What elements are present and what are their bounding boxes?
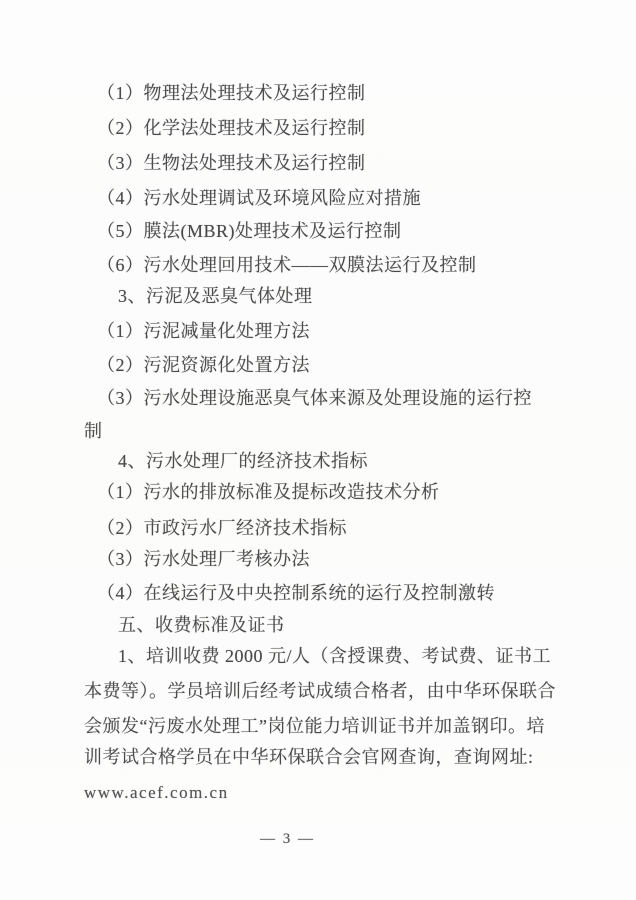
document-line: （2）污泥资源化处置方法: [97, 355, 310, 375]
document-line: （2）化学法处理技术及运行控制: [97, 118, 366, 138]
document-line: （1）污泥减量化处理方法: [97, 321, 310, 341]
document-line: （3）污水处理厂考核办法: [97, 549, 310, 569]
document-line: （5）膜法(MBR)处理技术及运行控制: [97, 221, 402, 241]
document-line: （1）污水的排放标准及提标改造技术分析: [97, 482, 440, 502]
paragraph-line: 1、培训收费 2000 元/人（含授课费、考试费、证书工: [118, 646, 551, 666]
paragraph-line: 训考试合格学员在中华环保联合会官网查询，查询网址:: [84, 747, 534, 767]
document-line: （3）生物法处理技术及运行控制: [97, 153, 366, 173]
paragraph-line: 本费等）。学员培训后经考试成绩合格者，由中华环保联合: [84, 681, 556, 701]
paragraph-line: 会颁发“污废水处理工”岗位能力培训证书并加盖钢印。培: [84, 716, 545, 736]
document-line: （4）污水处理调试及环境风险应对措施: [97, 188, 421, 208]
document-line: （6）污水处理回用技术——双膜法运行及控制: [97, 255, 477, 275]
document-line: （4）在线运行及中央控制系统的运行及控制激转: [97, 583, 495, 603]
document-page: （1）物理法处理技术及运行控制 （2）化学法处理技术及运行控制 （3）生物法处理…: [0, 0, 636, 900]
section-heading: 4、污水处理厂的经济技术指标: [118, 451, 368, 471]
section-heading: 3、污泥及恶臭气体处理: [118, 286, 313, 306]
document-line: 制: [84, 421, 103, 441]
page-number: — 3 —: [260, 831, 315, 848]
document-line: （1）物理法处理技术及运行控制: [97, 83, 366, 103]
section-heading: 五、收费标准及证书: [118, 615, 285, 635]
document-line: （2）市政污水厂经济技术指标: [97, 518, 347, 538]
document-line: （3）污水处理设施恶臭气体来源及处理设施的运行控: [97, 388, 532, 408]
website-url: www.acef.com.cn: [84, 783, 229, 803]
